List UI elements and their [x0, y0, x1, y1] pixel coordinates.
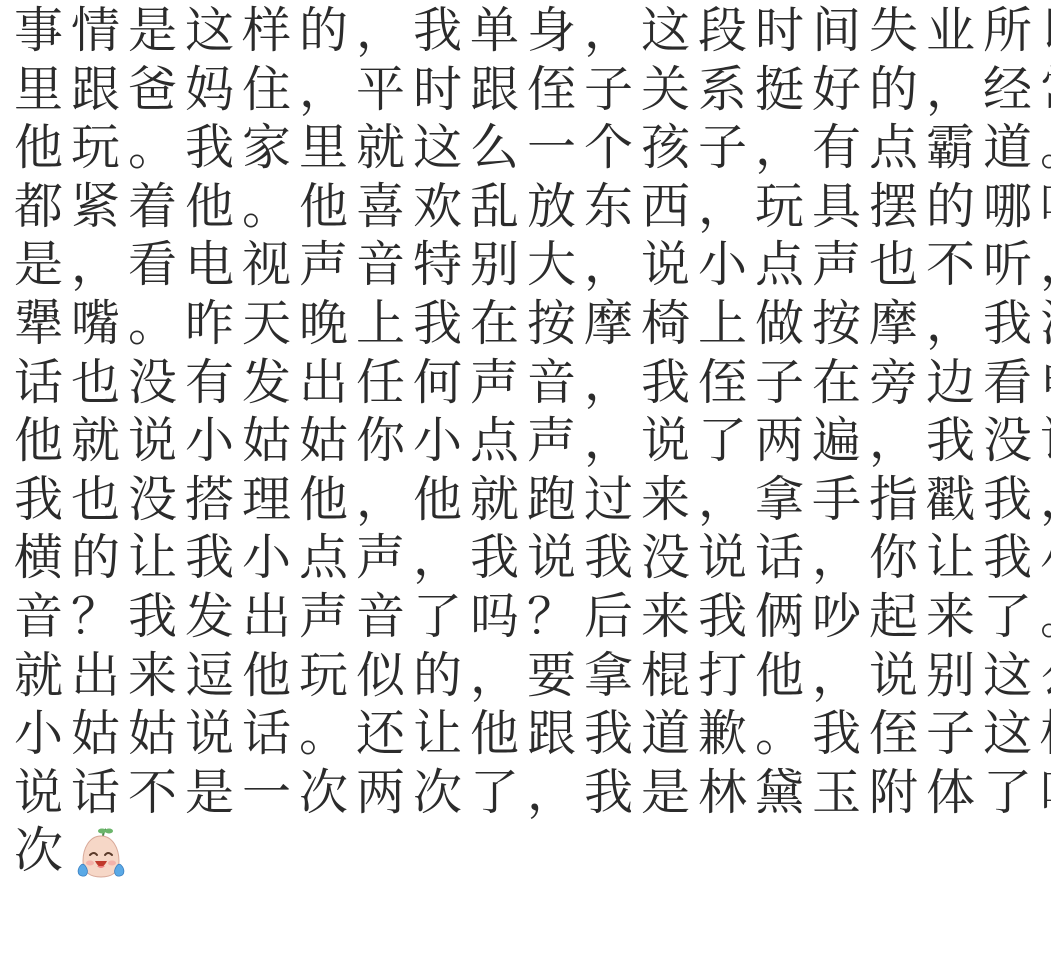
post-line: 话也没有发出任何声音，我侄子在旁边看电视， [14, 354, 1044, 413]
post-line: 我也没搭理他，他就跑过来，拿手指戳我，特别 [14, 471, 1044, 530]
post-line: 音？我发出声音了吗？后来我俩吵起来了。我妈 [14, 588, 1044, 647]
post-line: 横的让我小点声，我说我没说话，你让我小点声 [14, 529, 1044, 588]
post-line: 次 [14, 822, 71, 881]
post-line: 他玩。我家里就这么一个孩子，有点霸道。什么 [14, 119, 1044, 178]
post-line: 都紧着他。他喜欢乱放东西，玩具摆的哪哪都 [14, 178, 1044, 237]
post-body: 事情是这样的，我单身，这段时间失业所以在家 里跟爸妈住，平时跟侄子关系挺好的，经… [14, 2, 1044, 881]
post-line: 说话不是一次两次了，我是林黛玉附体了吗？这 [14, 764, 1044, 823]
post-line: 事情是这样的，我单身，这段时间失业所以在家 [14, 2, 1044, 61]
laughing-crying-face-emoji-icon [73, 827, 129, 879]
post-line: 犟嘴。昨天晚上我在按摩椅上做按摩，我没有说 [14, 295, 1044, 354]
post-line: 他就说小姑姑你小点声，说了两遍，我没说话， [14, 412, 1044, 471]
post-line: 小姑姑说话。还让他跟我道歉。我侄子这样跟我 [14, 705, 1044, 764]
post-last-line: 次 [14, 822, 1044, 881]
post-line: 里跟爸妈住，平时跟侄子关系挺好的，经常陪着 [14, 61, 1044, 120]
post-line: 就出来逗他玩似的，要拿棍打他，说别这么跟你 [14, 647, 1044, 706]
post-line: 是，看电视声音特别大，说小点声也不听，还爱 [14, 236, 1044, 295]
